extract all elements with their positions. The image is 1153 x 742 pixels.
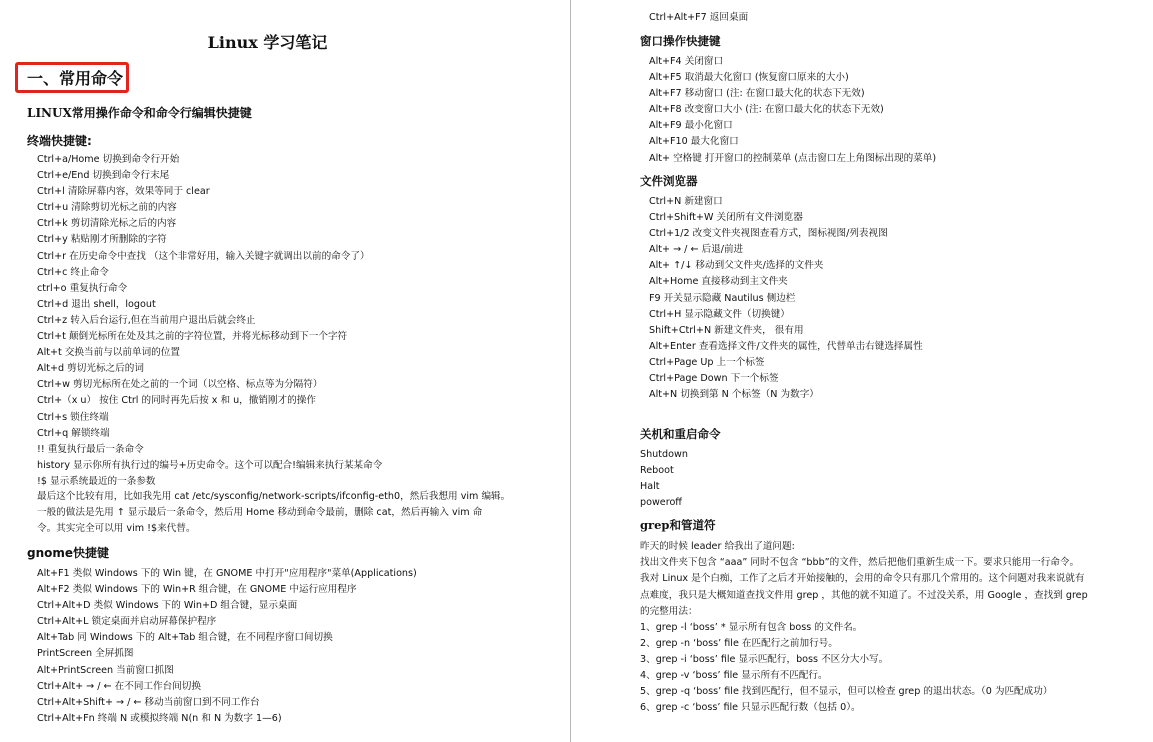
list-item: Ctrl+u 清除剪切光标之前的内容 [37,200,382,216]
list-item: Ctrl+Alt+ → / ← 在不同工作台间切换 [37,679,417,695]
note-line: 令。其实完全可以用 vim !$来代替。 [37,521,537,537]
shutdown-list: Shutdown Reboot Halt poweroff [640,447,688,511]
subtitle: LINUX常用操作命令和命令行编辑快捷键 [27,104,252,121]
list-item: Ctrl+1/2 改变文件夹视图查看方式，图标视图/列表视图 [649,226,923,242]
list-item: Alt+Home 直接移动到主文件夹 [649,274,923,290]
list-item: Ctrl+a/Home 切换到命令行开始 [37,152,382,168]
list-item: Ctrl+q 解锁终端 [37,426,382,442]
intro-line: 找出文件夹下包含 “aaa” 同时不包含 “bbb”的文件，然后把他们重新生成一… [640,555,1145,571]
list-item: Ctrl+k 剪切清除光标之后的内容 [37,216,382,232]
list-item: 2、grep -n ‘boss’ file 在匹配行之前加行号。 [640,636,1052,652]
list-item: Ctrl+Shift+W 关闭所有文件浏览器 [649,210,923,226]
page-left: Linux 学习笔记 一、常用命令 LINUX常用操作命令和命令行编辑快捷键 终… [0,0,570,742]
list-item: Ctrl+Page Up 上一个标签 [649,355,923,371]
list-item: Alt+F1 类似 Windows 下的 Win 键，在 GNOME 中打开"应… [37,566,417,582]
list-item: Ctrl+Alt+F7 返回桌面 [649,10,748,26]
list-item: ctrl+o 重复执行命令 [37,281,382,297]
list-item: Alt+ 空格键 打开窗口的控制菜单 (点击窗口左上角图标出现的菜单) [649,151,936,167]
intro-line: 的完整用法： [640,604,1145,620]
list-item: Alt+F7 移动窗口 (注: 在窗口最大化的状态下无效) [649,86,936,102]
window-shortcuts-heading: 窗口操作快捷键 [640,33,721,49]
list-item: Alt+ → / ← 后退/前进 [649,242,923,258]
list-item: Alt+ ↑/↓ 移动到父文件夹/选择的文件夹 [649,258,923,274]
list-item: Alt+Tab 同 Windows 下的 Alt+Tab 组合键，在不同程序窗口… [37,630,417,646]
terminal-note: 最后这个比较有用，比如我先用 cat /etc/sysconfig/networ… [37,489,537,538]
list-item: Ctrl+l 清除屏幕内容，效果等同于 clear [37,184,382,200]
list-item: Ctrl+H 显示隐藏文件（切换键） [649,307,923,323]
list-item: Ctrl+w 剪切光标所在处之前的一个词（以空格、标点等为分隔符） [37,377,382,393]
list-item: Ctrl+Alt+Fn 终端 N 或模拟终端 N(n 和 N 为数字 1—6) [37,711,417,727]
terminal-shortcuts-heading: 终端快捷键: [27,132,92,149]
file-browser-heading: 文件浏览器 [640,173,698,189]
list-item: Alt+F5 取消最大化窗口 (恢复窗口原来的大小) [649,70,936,86]
list-item: Shutdown [640,447,688,463]
grep-usage-list: 1、grep -l ‘boss’ * 显示所有包含 boss 的文件名。 2、g… [640,620,1052,717]
list-item: Alt+F10 最大化窗口 [649,134,936,150]
list-item: Shift+Ctrl+N 新建文件夹， 很有用 [649,323,923,339]
list-item: Ctrl+Alt+Shift+ → / ← 移动当前窗口到不同工作台 [37,695,417,711]
gnome-shortcuts-list: Alt+F1 类似 Windows 下的 Win 键，在 GNOME 中打开"应… [37,566,417,727]
list-item: Alt+F4 关闭窗口 [649,54,936,70]
list-item: 3、grep -i ‘boss’ file 显示匹配行，boss 不区分大小写。 [640,652,1052,668]
list-item: 4、grep -v ‘boss’ file 显示所有不匹配行。 [640,668,1052,684]
list-item: F9 开关显示隐藏 Nautilus 侧边栏 [649,291,923,307]
list-item: Alt+Enter 查看选择文件/文件夹的属性，代替单击右键选择属性 [649,339,923,355]
gnome-shortcuts-heading: gnome快捷键 [27,544,109,561]
list-item: Alt+F8 改变窗口大小 (注: 在窗口最大化的状态下无效) [649,102,936,118]
list-item: Ctrl+e/End 切换到命令行末尾 [37,168,382,184]
list-item: Alt+t 交换当前与以前单词的位置 [37,345,382,361]
file-browser-list: Ctrl+N 新建窗口 Ctrl+Shift+W 关闭所有文件浏览器 Ctrl+… [649,194,923,403]
list-item: Alt+N 切换到第 N 个标签（N 为数字） [649,387,923,403]
list-item: poweroff [640,495,688,511]
list-item: Ctrl+t 颠倒光标所在处及其之前的字符位置，并将光标移动到下一个字符 [37,329,382,345]
list-item: Halt [640,479,688,495]
list-item: Ctrl+Alt+D 类似 Windows 下的 Win+D 组合键，显示桌面 [37,598,417,614]
window-shortcuts-list: Alt+F4 关闭窗口 Alt+F5 取消最大化窗口 (恢复窗口原来的大小) A… [649,54,936,167]
list-item: Ctrl+y 粘贴刚才所删除的字符 [37,232,382,248]
section-heading-highlighted: 一、常用命令 [15,62,129,93]
intro-line: 点难度，我只是大概知道查找文件用 grep ，其他的就不知道了。不过没关系，用 … [640,588,1145,604]
top-item-list: Ctrl+Alt+F7 返回桌面 [649,10,748,26]
grep-heading: grep和管道符 [640,517,715,533]
list-item: !$ 显示系统最近的一条参数 [37,474,382,490]
note-line: 最后这个比较有用，比如我先用 cat /etc/sysconfig/networ… [37,489,537,505]
intro-line: 我对 Linux 是个白痴，工作了之后才开始接触的，会用的命令只有那几个常用的。… [640,571,1145,587]
list-item: Ctrl+（x u） 按住 Ctrl 的同时再先后按 x 和 u，撤销刚才的操作 [37,393,382,409]
list-item: 1、grep -l ‘boss’ * 显示所有包含 boss 的文件名。 [640,620,1052,636]
terminal-shortcuts-list: Ctrl+a/Home 切换到命令行开始 Ctrl+e/End 切换到命令行末尾… [37,152,382,490]
list-item: Alt+F2 类似 Windows 下的 Win+R 组合键，在 GNOME 中… [37,582,417,598]
list-item: Alt+d 剪切光标之后的词 [37,361,382,377]
list-item: !! 重复执行最后一条命令 [37,442,382,458]
list-item: Ctrl+N 新建窗口 [649,194,923,210]
note-line: 一般的做法是先用 ↑ 显示最后一条命令，然后用 Home 移动到命令最前，删除 … [37,505,537,521]
list-item: Ctrl+c 终止命令 [37,265,382,281]
list-item: Alt+PrintScreen 当前窗口抓图 [37,663,417,679]
list-item: Reboot [640,463,688,479]
list-item: Ctrl+Alt+L 锁定桌面并启动屏幕保护程序 [37,614,417,630]
intro-line: 昨天的时候 leader 给我出了道问题: [640,539,1145,555]
list-item: Ctrl+Page Down 下一个标签 [649,371,923,387]
list-item: 5、grep -q ‘boss’ file 找到匹配行，但不显示，但可以检查 g… [640,684,1052,700]
list-item: Ctrl+z 转入后台运行,但在当前用户退出后就会终止 [37,313,382,329]
list-item: PrintScreen 全屏抓图 [37,646,417,662]
list-item: 6、grep -c ‘boss’ file 只显示匹配行数（包括 0）。 [640,700,1052,716]
grep-intro: 昨天的时候 leader 给我出了道问题: 找出文件夹下包含 “aaa” 同时不… [640,539,1145,620]
list-item: history 显示你所有执行过的编号+历史命令。这个可以配合!编辑来执行某某命… [37,458,382,474]
list-item: Ctrl+s 锁住终端 [37,410,382,426]
list-item: Ctrl+r 在历史命令中查找 （这个非常好用，输入关键字就调出以前的命令了） [37,249,382,265]
shutdown-heading: 关机和重启命令 [640,426,721,442]
list-item: Alt+F9 最小化窗口 [649,118,936,134]
page-right: Ctrl+Alt+F7 返回桌面 窗口操作快捷键 Alt+F4 关闭窗口 Alt… [571,0,1153,742]
list-item: Ctrl+d 退出 shell，logout [37,297,382,313]
document-title: Linux 学习笔记 [0,30,535,53]
